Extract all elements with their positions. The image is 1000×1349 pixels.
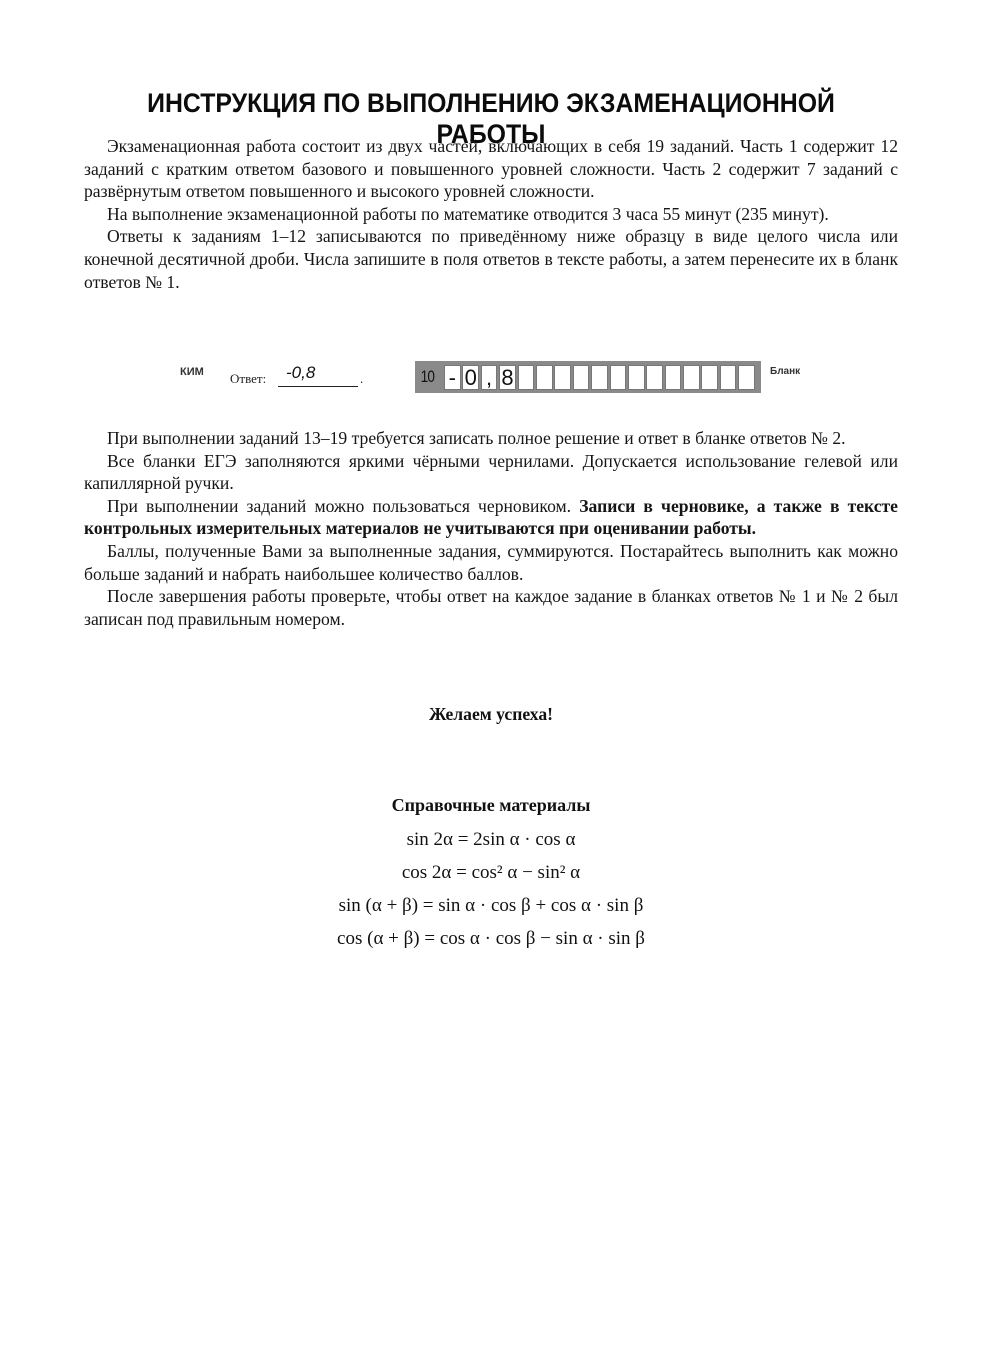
- blank-cell: [665, 365, 682, 390]
- blank-cell: [536, 365, 553, 390]
- blank-cell: -: [444, 365, 461, 390]
- paragraph-parts: Экзаменационная работа состоит из двух ч…: [84, 135, 898, 203]
- blank-cell: [738, 365, 755, 390]
- paragraph-points: Баллы, полученные Вами за выполненные за…: [84, 540, 898, 585]
- blank-cell: 0: [462, 365, 479, 390]
- blank-cell: [554, 365, 571, 390]
- blank-cell: ,: [481, 365, 498, 390]
- blank-cell: [518, 365, 535, 390]
- good-luck-text: Желаем успеха!: [84, 704, 898, 725]
- paragraph-check: После завершения работы проверьте, чтобы…: [84, 585, 898, 630]
- paragraph-part2: При выполнении заданий 13–19 требуется з…: [84, 427, 898, 450]
- formula-cos-double: cos 2α = cos² α − sin² α: [84, 859, 898, 892]
- paragraph-ink: Все бланки ЕГЭ заполняются яркими чёрным…: [84, 450, 898, 495]
- blank-task-number: 10: [421, 367, 442, 387]
- intro-text: Экзаменационная работа состоит из двух ч…: [84, 135, 898, 293]
- paragraph-duration: На выполнение экзаменационной работы по …: [84, 203, 898, 226]
- blank-cell: [573, 365, 590, 390]
- formula-cos-sum: cos (α + β) = cos α · cos β − sin α · si…: [84, 925, 898, 958]
- answer-value: -0,8: [278, 363, 358, 387]
- blank-cell: [591, 365, 608, 390]
- reference-formulas: sin 2α = 2sin α · cos α cos 2α = cos² α …: [84, 826, 898, 958]
- blank-cell: [701, 365, 718, 390]
- paragraph-answer-format: Ответы к заданиям 1–12 записываются по п…: [84, 225, 898, 293]
- blank-label: Бланк: [770, 366, 800, 377]
- blank-cell: [720, 365, 737, 390]
- draft-normal-text: При выполнении заданий можно пользоватьс…: [107, 496, 579, 516]
- blank-cell: [628, 365, 645, 390]
- reference-title: Справочные материалы: [84, 795, 898, 816]
- blank-cell: [610, 365, 627, 390]
- blank-cell: [683, 365, 700, 390]
- rules-text: При выполнении заданий 13–19 требуется з…: [84, 427, 898, 630]
- blank-cell: [646, 365, 663, 390]
- kim-label: КИМ: [180, 366, 204, 378]
- formula-sin-double: sin 2α = 2sin α · cos α: [84, 826, 898, 859]
- answer-blank-form: 10 -0,8: [415, 361, 761, 393]
- answer-dot: .: [360, 371, 363, 387]
- formula-sin-sum: sin (α + β) = sin α · cos β + cos α · si…: [84, 892, 898, 925]
- paragraph-draft: При выполнении заданий можно пользоватьс…: [84, 495, 898, 540]
- blank-cell: 8: [499, 365, 516, 390]
- answer-sample: КИМ Ответ: -0,8 . 10 -0,8 Бланк: [84, 360, 898, 396]
- answer-label: Ответ:: [230, 371, 266, 387]
